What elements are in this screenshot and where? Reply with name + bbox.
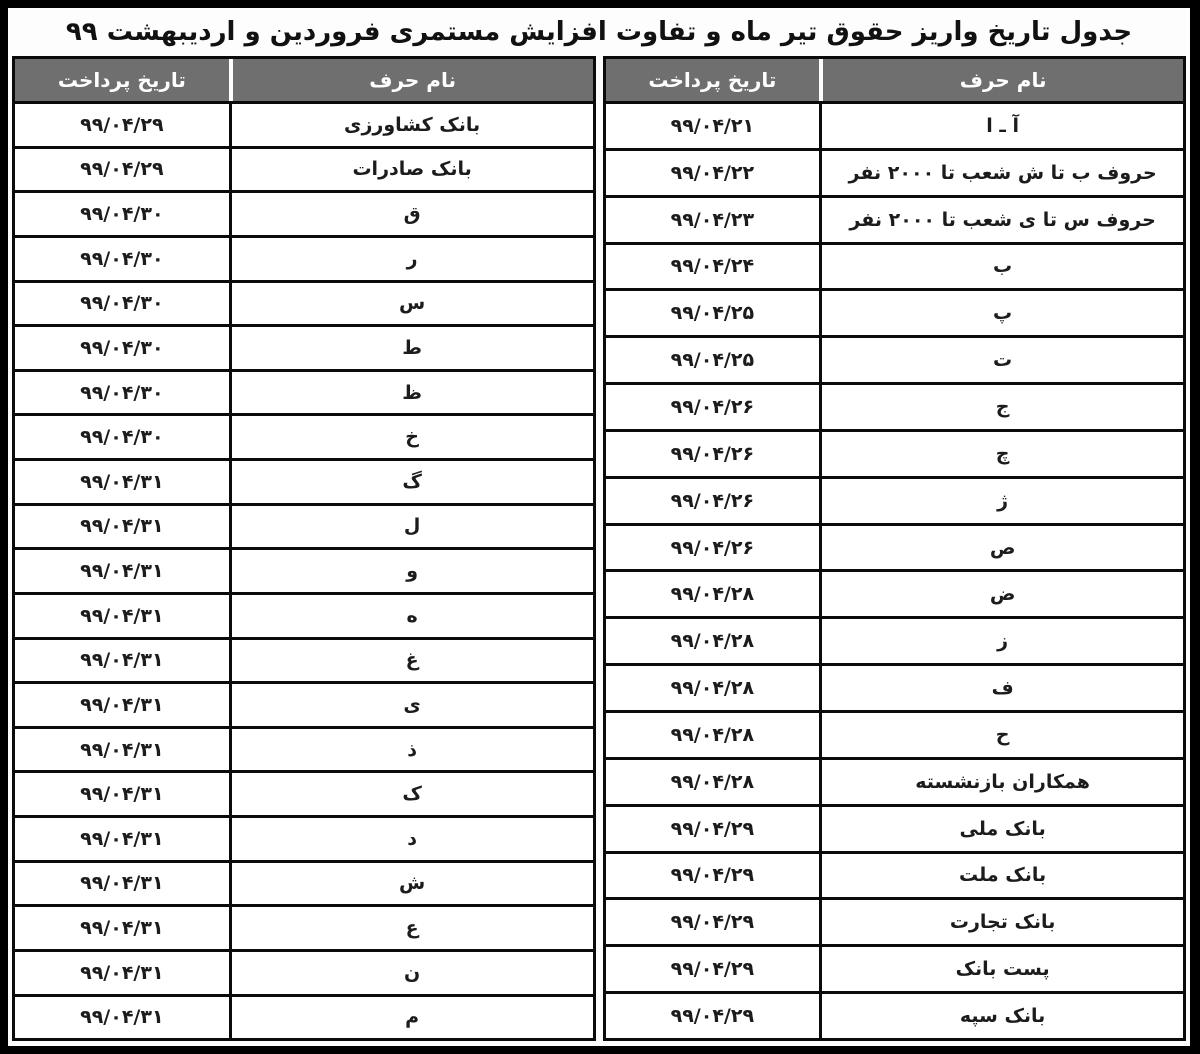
table-row: خ ۹۹/۰۴/۳۰ — [15, 416, 593, 461]
table-row: ق ۹۹/۰۴/۳۰ — [15, 193, 593, 238]
letter-name-cell: ق — [229, 193, 593, 235]
letter-name-cell: بانک ملی — [819, 807, 1183, 851]
table-row: م ۹۹/۰۴/۳۱ — [15, 997, 593, 1039]
letter-name-cell: بانک صادرات — [229, 149, 593, 191]
payment-date-cell: ۹۹/۰۴/۲۲ — [606, 151, 820, 195]
payment-date-cell: ۹۹/۰۴/۳۱ — [15, 640, 229, 682]
payment-date-cell: ۹۹/۰۴/۳۰ — [15, 416, 229, 458]
letter-name-cell: ظ — [229, 372, 593, 414]
right-payment-table: نام حرف تاریخ پرداخت آ ـ ا ۹۹/۰۴/۲۱ حروف… — [603, 56, 1187, 1041]
table-row: غ ۹۹/۰۴/۳۱ — [15, 640, 593, 685]
left-table-body: بانک کشاورزی ۹۹/۰۴/۲۹ بانک صادرات ۹۹/۰۴/… — [15, 104, 593, 1038]
payment-date-cell: ۹۹/۰۴/۲۶ — [606, 526, 820, 570]
table-row: ض ۹۹/۰۴/۲۸ — [606, 572, 1184, 619]
column-header-payment-date: تاریخ پرداخت — [15, 59, 229, 101]
payment-date-cell: ۹۹/۰۴/۳۰ — [15, 372, 229, 414]
payment-date-cell: ۹۹/۰۴/۲۸ — [606, 666, 820, 710]
payment-date-cell: ۹۹/۰۴/۳۱ — [15, 818, 229, 860]
table-row: ک ۹۹/۰۴/۳۱ — [15, 773, 593, 818]
payment-date-cell: ۹۹/۰۴/۳۱ — [15, 684, 229, 726]
tables-wrapper: نام حرف تاریخ پرداخت آ ـ ا ۹۹/۰۴/۲۱ حروف… — [12, 56, 1186, 1041]
letter-name-cell: ه — [229, 595, 593, 637]
payment-date-cell: ۹۹/۰۴/۲۹ — [606, 807, 820, 851]
table-row: ص ۹۹/۰۴/۲۶ — [606, 526, 1184, 573]
table-row: د ۹۹/۰۴/۳۱ — [15, 818, 593, 863]
letter-name-cell: ک — [229, 773, 593, 815]
letter-name-cell: ز — [819, 619, 1183, 663]
table-row: گ ۹۹/۰۴/۳۱ — [15, 461, 593, 506]
scan-frame: جدول تاریخ واریز حقوق تیر ماه و تفاوت اف… — [0, 0, 1200, 1054]
payment-date-cell: ۹۹/۰۴/۳۱ — [15, 997, 229, 1039]
letter-name-cell: م — [229, 997, 593, 1039]
table-row: ذ ۹۹/۰۴/۳۱ — [15, 729, 593, 774]
letter-name-cell: ع — [229, 907, 593, 949]
letter-name-cell: ص — [819, 526, 1183, 570]
letter-name-cell: ض — [819, 572, 1183, 616]
letter-name-cell: ش — [229, 863, 593, 905]
payment-date-cell: ۹۹/۰۴/۳۱ — [15, 863, 229, 905]
payment-date-cell: ۹۹/۰۴/۲۱ — [606, 104, 820, 148]
letter-name-cell: بانک سپه — [819, 994, 1183, 1038]
letter-name-cell: پست بانک — [819, 947, 1183, 991]
table-row: ب ۹۹/۰۴/۲۴ — [606, 245, 1184, 292]
table-row: ت ۹۹/۰۴/۲۵ — [606, 338, 1184, 385]
column-header-letter-name: نام حرف — [819, 59, 1183, 101]
payment-date-cell: ۹۹/۰۴/۲۹ — [15, 149, 229, 191]
table-row: ج ۹۹/۰۴/۲۶ — [606, 385, 1184, 432]
table-row: بانک تجارت ۹۹/۰۴/۲۹ — [606, 900, 1184, 947]
letter-name-cell: ن — [229, 952, 593, 994]
letter-name-cell: گ — [229, 461, 593, 503]
table-row: ی ۹۹/۰۴/۳۱ — [15, 684, 593, 729]
table-row: ف ۹۹/۰۴/۲۸ — [606, 666, 1184, 713]
payment-date-cell: ۹۹/۰۴/۳۰ — [15, 283, 229, 325]
table-row: ل ۹۹/۰۴/۳۱ — [15, 506, 593, 551]
payment-date-cell: ۹۹/۰۴/۲۹ — [606, 947, 820, 991]
letter-name-cell: چ — [819, 432, 1183, 476]
column-header-letter-name: نام حرف — [229, 59, 593, 101]
payment-date-cell: ۹۹/۰۴/۲۵ — [606, 338, 820, 382]
letter-name-cell: پ — [819, 291, 1183, 335]
letter-name-cell: ج — [819, 385, 1183, 429]
left-table-header-row: نام حرف تاریخ پرداخت — [15, 59, 593, 104]
table-row: ع ۹۹/۰۴/۳۱ — [15, 907, 593, 952]
payment-date-cell: ۹۹/۰۴/۳۱ — [15, 595, 229, 637]
table-row: ش ۹۹/۰۴/۳۱ — [15, 863, 593, 908]
payment-date-cell: ۹۹/۰۴/۲۶ — [606, 385, 820, 429]
table-row: بانک صادرات ۹۹/۰۴/۲۹ — [15, 149, 593, 194]
payment-date-cell: ۹۹/۰۴/۳۰ — [15, 238, 229, 280]
letter-name-cell: ی — [229, 684, 593, 726]
letter-name-cell: ح — [819, 713, 1183, 757]
table-row: ه ۹۹/۰۴/۳۱ — [15, 595, 593, 640]
table-row: ح ۹۹/۰۴/۲۸ — [606, 713, 1184, 760]
table-row: بانک کشاورزی ۹۹/۰۴/۲۹ — [15, 104, 593, 149]
table-row: همکاران بازنشسته ۹۹/۰۴/۲۸ — [606, 760, 1184, 807]
payment-date-cell: ۹۹/۰۴/۳۰ — [15, 193, 229, 235]
page-title: جدول تاریخ واریز حقوق تیر ماه و تفاوت اف… — [12, 8, 1186, 56]
letter-name-cell: ط — [229, 327, 593, 369]
payment-date-cell: ۹۹/۰۴/۲۶ — [606, 432, 820, 476]
letter-name-cell: خ — [229, 416, 593, 458]
table-row: ژ ۹۹/۰۴/۲۶ — [606, 479, 1184, 526]
table-row: س ۹۹/۰۴/۳۰ — [15, 283, 593, 328]
table-row: ن ۹۹/۰۴/۳۱ — [15, 952, 593, 997]
payment-date-cell: ۹۹/۰۴/۳۱ — [15, 729, 229, 771]
letter-name-cell: ف — [819, 666, 1183, 710]
letter-name-cell: بانک ملت — [819, 854, 1183, 898]
payment-date-cell: ۹۹/۰۴/۳۱ — [15, 461, 229, 503]
table-row: پست بانک ۹۹/۰۴/۲۹ — [606, 947, 1184, 994]
payment-date-cell: ۹۹/۰۴/۲۹ — [606, 900, 820, 944]
table-row: چ ۹۹/۰۴/۲۶ — [606, 432, 1184, 479]
payment-date-cell: ۹۹/۰۴/۲۸ — [606, 760, 820, 804]
table-row: بانک ملی ۹۹/۰۴/۲۹ — [606, 807, 1184, 854]
letter-name-cell: ژ — [819, 479, 1183, 523]
payment-date-cell: ۹۹/۰۴/۳۰ — [15, 327, 229, 369]
letter-name-cell: ت — [819, 338, 1183, 382]
right-table-body: آ ـ ا ۹۹/۰۴/۲۱ حروف ب تا ش شعب تا ۲۰۰۰ ن… — [606, 104, 1184, 1038]
table-row: حروف س تا ی شعب تا ۲۰۰۰ نفر ۹۹/۰۴/۲۳ — [606, 198, 1184, 245]
payment-date-cell: ۹۹/۰۴/۳۱ — [15, 550, 229, 592]
payment-date-cell: ۹۹/۰۴/۲۳ — [606, 198, 820, 242]
letter-name-cell: ب — [819, 245, 1183, 289]
payment-date-cell: ۹۹/۰۴/۲۸ — [606, 619, 820, 663]
payment-date-cell: ۹۹/۰۴/۲۸ — [606, 572, 820, 616]
table-row: آ ـ ا ۹۹/۰۴/۲۱ — [606, 104, 1184, 151]
letter-name-cell: همکاران بازنشسته — [819, 760, 1183, 804]
payment-date-cell: ۹۹/۰۴/۲۵ — [606, 291, 820, 335]
table-row: و ۹۹/۰۴/۳۱ — [15, 550, 593, 595]
payment-date-cell: ۹۹/۰۴/۳۱ — [15, 773, 229, 815]
letter-name-cell: ذ — [229, 729, 593, 771]
letter-name-cell: بانک کشاورزی — [229, 104, 593, 146]
letter-name-cell: آ ـ ا — [819, 104, 1183, 148]
table-row: ط ۹۹/۰۴/۳۰ — [15, 327, 593, 372]
table-row: ر ۹۹/۰۴/۳۰ — [15, 238, 593, 283]
left-payment-table: نام حرف تاریخ پرداخت بانک کشاورزی ۹۹/۰۴/… — [12, 56, 596, 1041]
table-row: بانک ملت ۹۹/۰۴/۲۹ — [606, 854, 1184, 901]
letter-name-cell: س — [229, 283, 593, 325]
table-row: ز ۹۹/۰۴/۲۸ — [606, 619, 1184, 666]
letter-name-cell: ل — [229, 506, 593, 548]
letter-name-cell: حروف ب تا ش شعب تا ۲۰۰۰ نفر — [819, 151, 1183, 195]
page: جدول تاریخ واریز حقوق تیر ماه و تفاوت اف… — [8, 8, 1190, 1046]
column-header-payment-date: تاریخ پرداخت — [606, 59, 820, 101]
payment-date-cell: ۹۹/۰۴/۲۸ — [606, 713, 820, 757]
letter-name-cell: و — [229, 550, 593, 592]
payment-date-cell: ۹۹/۰۴/۳۱ — [15, 952, 229, 994]
payment-date-cell: ۹۹/۰۴/۲۹ — [606, 854, 820, 898]
payment-date-cell: ۹۹/۰۴/۲۹ — [15, 104, 229, 146]
payment-date-cell: ۹۹/۰۴/۳۱ — [15, 506, 229, 548]
table-row: بانک سپه ۹۹/۰۴/۲۹ — [606, 994, 1184, 1038]
letter-name-cell: ر — [229, 238, 593, 280]
payment-date-cell: ۹۹/۰۴/۲۶ — [606, 479, 820, 523]
table-row: ظ ۹۹/۰۴/۳۰ — [15, 372, 593, 417]
letter-name-cell: بانک تجارت — [819, 900, 1183, 944]
table-row: حروف ب تا ش شعب تا ۲۰۰۰ نفر ۹۹/۰۴/۲۲ — [606, 151, 1184, 198]
letter-name-cell: غ — [229, 640, 593, 682]
payment-date-cell: ۹۹/۰۴/۳۱ — [15, 907, 229, 949]
letter-name-cell: حروف س تا ی شعب تا ۲۰۰۰ نفر — [819, 198, 1183, 242]
right-table-header-row: نام حرف تاریخ پرداخت — [606, 59, 1184, 104]
letter-name-cell: د — [229, 818, 593, 860]
table-row: پ ۹۹/۰۴/۲۵ — [606, 291, 1184, 338]
payment-date-cell: ۹۹/۰۴/۲۹ — [606, 994, 820, 1038]
payment-date-cell: ۹۹/۰۴/۲۴ — [606, 245, 820, 289]
